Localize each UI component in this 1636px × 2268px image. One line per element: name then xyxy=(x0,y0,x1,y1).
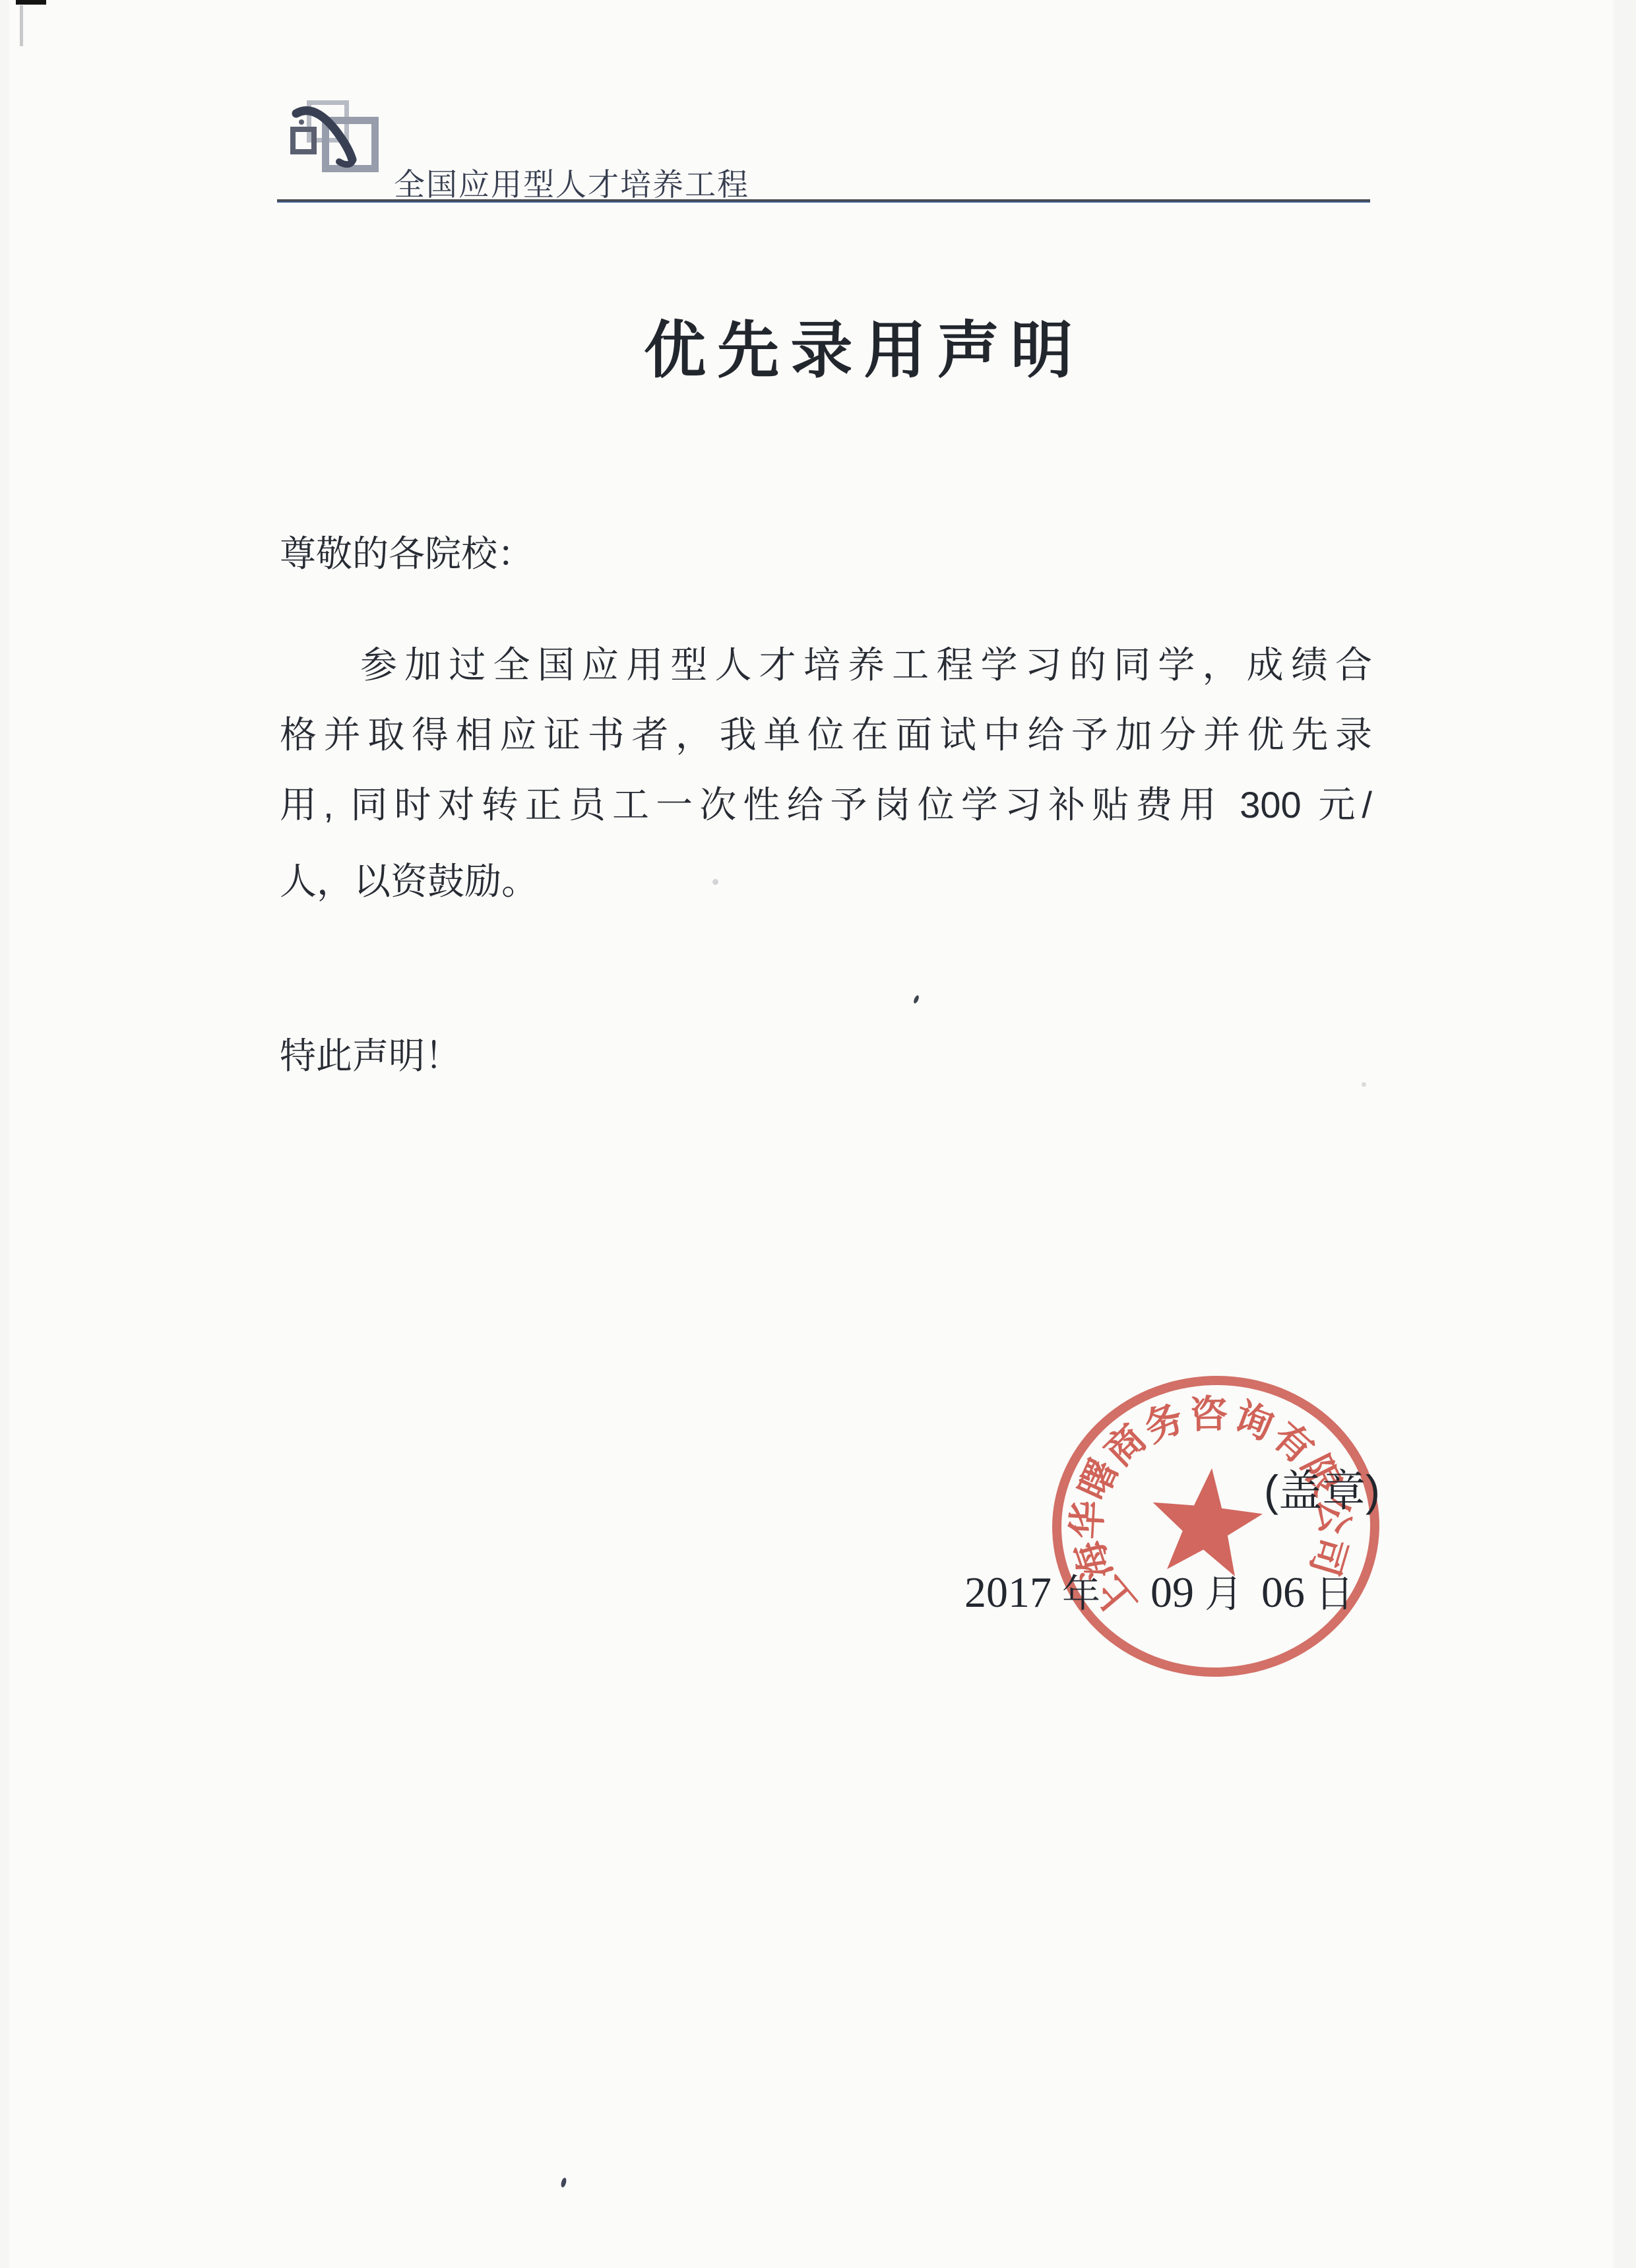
program-logo xyxy=(287,99,386,178)
scan-edge-shadow xyxy=(0,0,9,2268)
company-seal-stamp: 上海华曙商务咨询有限公司 xyxy=(1047,1370,1385,1682)
scan-artifact xyxy=(20,5,23,46)
date-year-label: 年 xyxy=(1062,1563,1100,1618)
date-month-label: 月 xyxy=(1205,1563,1243,1618)
seal-company-arc-text: 上海华曙商务咨询有限公司 xyxy=(1047,1370,1385,1682)
seal-arc-character: 华 xyxy=(1055,1499,1113,1540)
seal-arc-character: 咨 xyxy=(1189,1383,1228,1439)
closing-statement: 特此声明！ xyxy=(280,1027,461,1079)
date-day-label: 日 xyxy=(1315,1563,1354,1618)
scan-artifact xyxy=(913,994,920,1004)
scan-edge-shadow xyxy=(1614,0,1636,2268)
logo-swoosh-icon xyxy=(287,99,386,178)
body-line: 人，以资鼓励。 xyxy=(280,853,538,905)
date-day: 06 xyxy=(1261,1568,1305,1618)
scan-artifact xyxy=(1362,1082,1366,1087)
body-line: 格并取得相应证书者，我单位在面试中给予加分并优先录 xyxy=(280,706,1372,759)
document-title: 优先录用声明 xyxy=(644,300,1079,389)
date-month: 09 xyxy=(1150,1568,1194,1618)
letterhead-rule xyxy=(277,199,1370,203)
body-line: 参加过全国应用型人才培养工程学习的同学，成绩合 xyxy=(360,636,1372,689)
salutation: 尊敬的各院校： xyxy=(280,525,534,577)
letterhead-title: 全国应用型人才培养工程 xyxy=(394,160,749,205)
scan-artifact xyxy=(560,2177,567,2187)
date-line: 2017 年 09 月 06 日 xyxy=(964,1563,1354,1618)
body-line: 用, 同时对转正员工一次性给予岗位学习补贴费用 300 元/ xyxy=(280,776,1372,829)
scan-artifact xyxy=(16,0,46,5)
scanned-letter-page: 全国应用型人才培养工程 优先录用声明 尊敬的各院校： 参加过全国应用型人才培养工… xyxy=(0,0,1636,2268)
scan-artifact xyxy=(712,879,718,885)
date-year: 2017 xyxy=(964,1568,1052,1618)
seal-note: (盖章) xyxy=(1264,1456,1380,1518)
